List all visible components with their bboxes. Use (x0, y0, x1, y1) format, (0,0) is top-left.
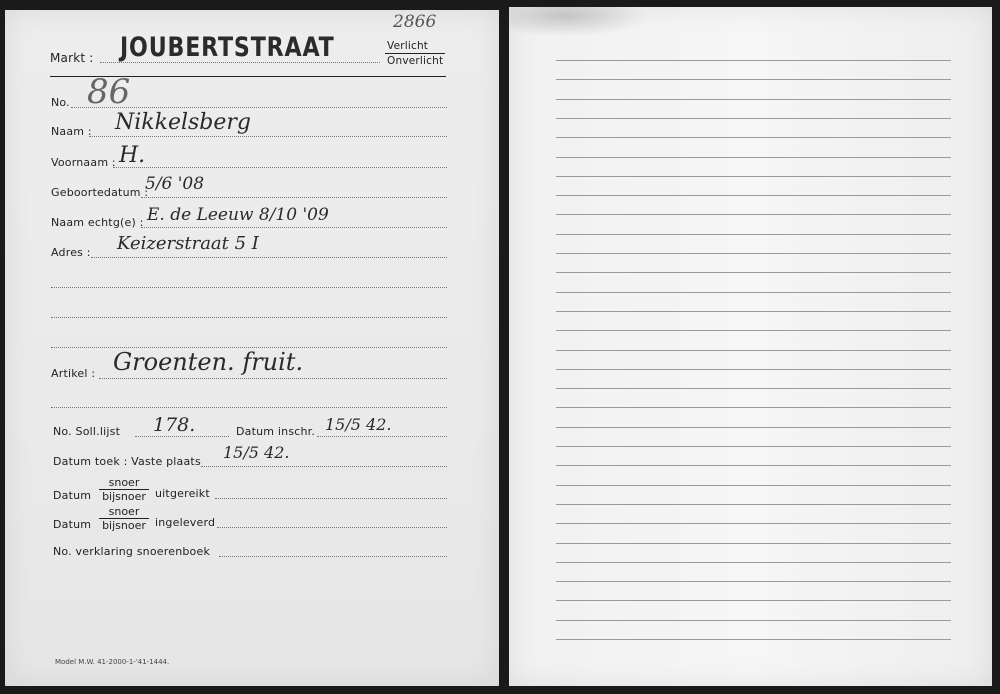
adres-dotline (91, 257, 447, 258)
datum-inschr-label: Datum inschr. (236, 425, 315, 438)
adres-line-2 (51, 287, 447, 288)
ruled-line (556, 581, 951, 582)
snoer-label: snoer (99, 476, 149, 490)
geboortedatum-label: Geboortedatum : (51, 186, 148, 199)
stain (509, 7, 649, 37)
verlicht-label: Verlicht (387, 40, 428, 52)
ruled-line (556, 330, 951, 331)
soll-lijst-value: 178. (153, 414, 195, 436)
ruled-line (556, 600, 951, 601)
registration-card-back (509, 7, 992, 686)
artikel-dotline (99, 378, 447, 379)
ruled-line (556, 195, 951, 196)
ruled-line (556, 253, 951, 254)
ruled-line (556, 388, 951, 389)
datum-ingeleverd-label: Datum (53, 518, 91, 531)
uitgereikt-dotline (215, 498, 447, 499)
ruled-line (556, 639, 951, 640)
ruled-line (556, 562, 951, 563)
ruled-line (556, 350, 951, 351)
ruled-line (556, 137, 951, 138)
ruled-line (556, 369, 951, 370)
ruled-line (556, 176, 951, 177)
artikel-line-2 (51, 407, 447, 408)
uitgereikt-label: uitgereikt (155, 487, 210, 500)
onverlicht-label: Onverlicht (387, 55, 443, 67)
ruled-line (556, 157, 951, 158)
naam-echtgenote-label: Naam echtg(e) : (51, 216, 144, 229)
soll-lijst-label: No. Soll.lijst (53, 425, 120, 438)
verklaring-label: No. verklaring snoerenboek (53, 545, 210, 558)
naam-dotline (89, 136, 447, 137)
datum-uitgereikt-label: Datum (53, 489, 91, 502)
verlicht-divider (385, 53, 445, 54)
ruled-line (556, 543, 951, 544)
stamp-number: 2866 (393, 12, 436, 32)
ruled-line (556, 234, 951, 235)
bijsnoer-label: bijsnoer (102, 490, 146, 503)
voornaam-value: H. (119, 143, 145, 168)
ruled-line (556, 99, 951, 100)
naam-echtgenote-dotline (141, 227, 447, 228)
soll-lijst-dotline (135, 436, 229, 437)
ruled-line (556, 60, 951, 61)
artikel-value: Groenten. fruit. (113, 348, 303, 376)
ruled-line (556, 407, 951, 408)
registration-card-front: 2866 Markt : JOUBERTSTRAAT Verlicht Onve… (5, 10, 499, 686)
datum-inschr-value: 15/5 42. (325, 415, 391, 434)
ruled-line (556, 272, 951, 273)
ruled-line (556, 118, 951, 119)
geboortedatum-value: 5/6 '08 (145, 174, 204, 194)
ruled-line (556, 427, 951, 428)
verklaring-dotline (219, 556, 447, 557)
datum-toek-value: 15/5 42. (223, 443, 289, 462)
no-value: 86 (87, 72, 130, 112)
markt-label: Markt : (50, 51, 94, 65)
geboortedatum-dotline (141, 197, 447, 198)
snoer-label-2: snoer (99, 505, 149, 519)
voornaam-dotline (113, 167, 447, 168)
ruled-line (556, 620, 951, 621)
bijsnoer-label-2: bijsnoer (102, 519, 146, 532)
ingeleverd-label: ingeleverd (155, 516, 215, 529)
adres-label: Adres : (51, 246, 91, 259)
ruled-line (556, 311, 951, 312)
ruled-line (556, 292, 951, 293)
snoer-bijsnoer-fraction: snoer bijsnoer (99, 476, 149, 503)
ruled-line (556, 523, 951, 524)
naam-echtgenote-value: E. de Leeuw 8/10 '09 (147, 205, 329, 225)
no-label: No. (51, 96, 70, 109)
datum-toek-dotline (201, 466, 447, 467)
ruled-line (556, 504, 951, 505)
ruled-line (556, 465, 951, 466)
datum-toek-label: Datum toek : Vaste plaats (53, 455, 201, 468)
ingeleverd-dotline (217, 527, 447, 528)
adres-line-3 (51, 317, 447, 318)
voornaam-label: Voornaam : (51, 156, 116, 169)
adres-value: Keizerstraat 5 I (117, 233, 259, 254)
ruled-line (556, 214, 951, 215)
ruled-line (556, 79, 951, 80)
ruled-line (556, 485, 951, 486)
naam-value: Nikkelsberg (115, 110, 251, 135)
datum-inschr-dotline (317, 436, 447, 437)
markt-value: JOUBERTSTRAAT (120, 32, 335, 63)
snoer-bijsnoer-fraction-2: snoer bijsnoer (99, 505, 149, 532)
ruled-line (556, 446, 951, 447)
naam-label: Naam : (51, 125, 92, 138)
model-footer: Model M.W. 41-2000-1-'41-1444. (55, 658, 169, 666)
artikel-label: Artikel : (51, 367, 95, 380)
